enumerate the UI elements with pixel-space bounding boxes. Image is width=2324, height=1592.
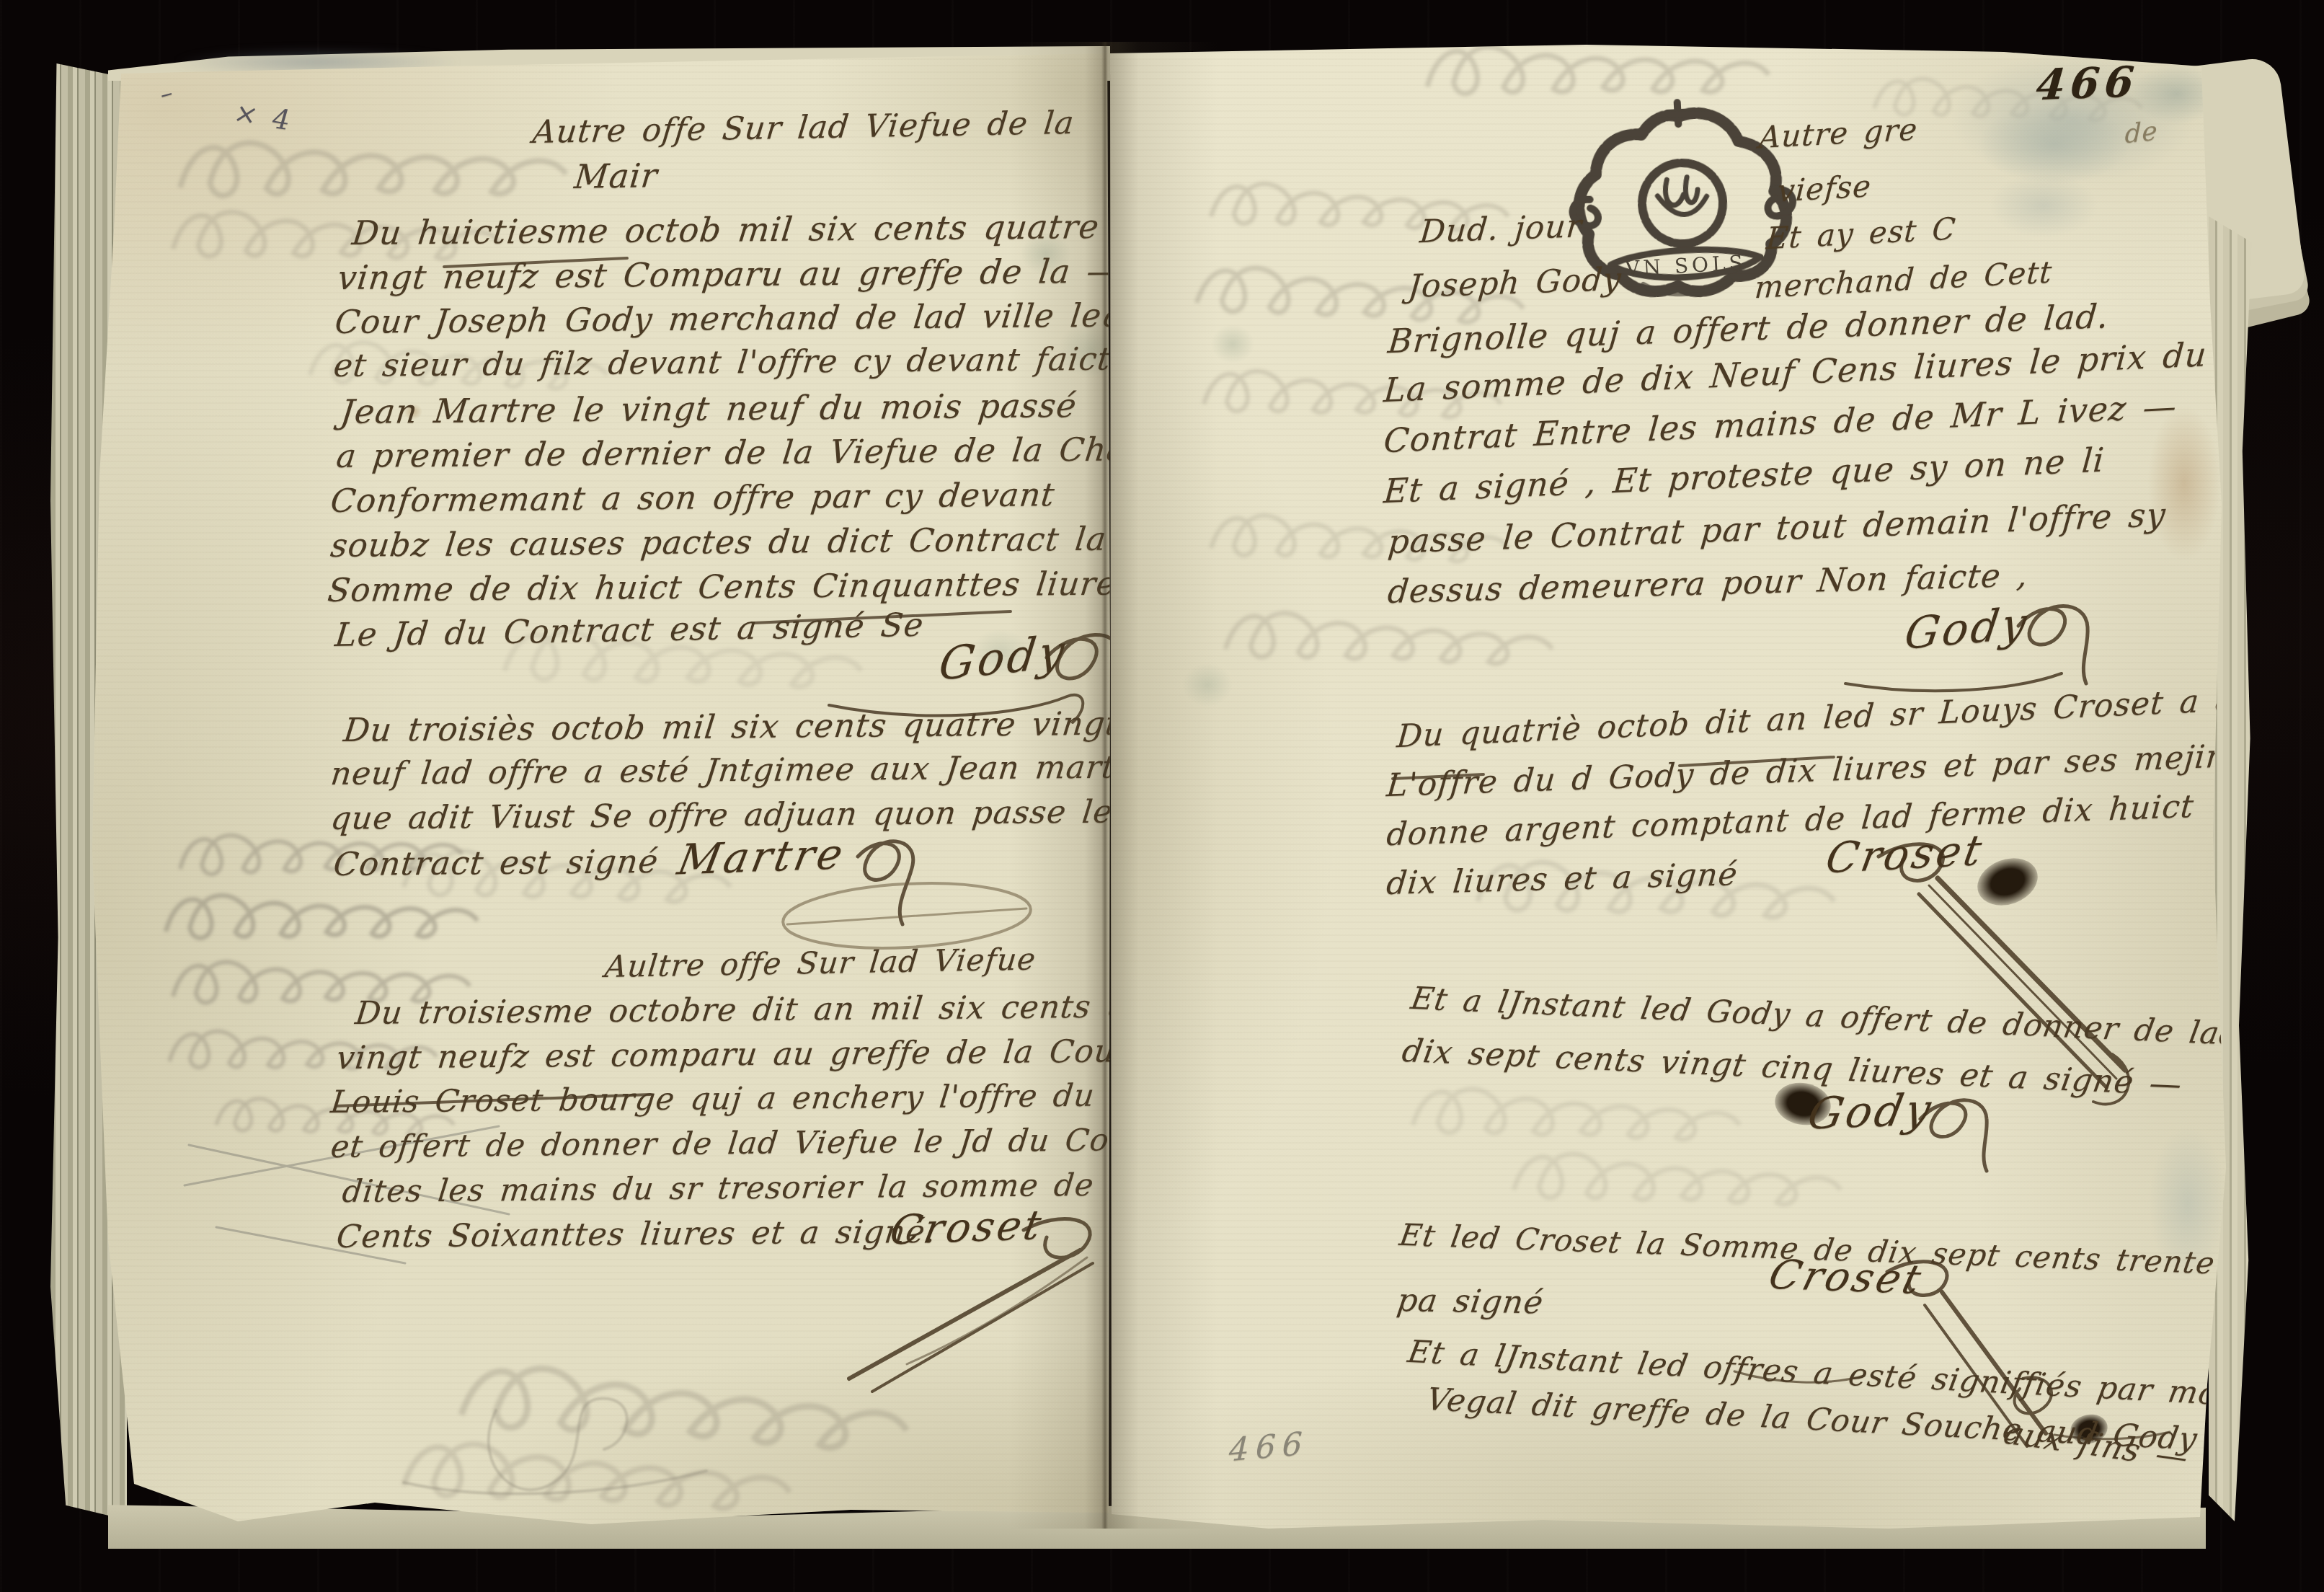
manuscript-line: et sieur du filz devant l'offre cy devan… (332, 340, 1205, 384)
manuscript-line: neuf lad offre a esté Jntgimee aux Jean … (329, 748, 1201, 792)
manuscript-line: que adit Viust Se offre adjuan quon pass… (329, 793, 1163, 837)
manuscript-line: Gody (1902, 598, 2033, 660)
manuscript-line: Et ay est C (1765, 211, 1958, 256)
book-scan: –× 4Autre offe Sur lad Viefue de laMairD… (0, 0, 2324, 1592)
manuscript-line: Croset (886, 1202, 1047, 1255)
manuscript-line: Du troisiès octob mil six cents quatre v… (342, 704, 1171, 749)
manuscript-line: Martre (674, 829, 850, 885)
manuscript-line: Cour Joseph Gody merchand de lad ville l… (333, 296, 1178, 341)
manuscript-line: Dud. jour (1419, 208, 1584, 250)
manuscript-line: a premier de dernier de la Viefue de la … (334, 430, 1189, 475)
manuscript-line: soubz les causes pactes du dict Contract… (329, 519, 1158, 565)
manuscript-line: 466 (1228, 1425, 1309, 1469)
manuscript-line: × 4 (231, 97, 295, 136)
manuscript-line: Somme de dix huict Cents Cinquanttes liu… (326, 564, 1136, 609)
manuscript-line: Gody (936, 624, 1070, 691)
manuscript-line: Conformemant a son offre par cy devant (329, 475, 1057, 520)
manuscript-line: Autre offe Sur lad Viefue de la (531, 105, 1076, 151)
manuscript-line: Cents Soixanttes liures et a signé. (334, 1213, 938, 1255)
manuscript-line: – (159, 77, 175, 110)
manuscript-line: Le Jd du Contract est a signé Se (333, 606, 926, 654)
manuscript-line: de (2124, 116, 2158, 149)
manuscript-line: vingt neufz est Comparu au greffe de la … (336, 252, 1123, 298)
manuscript-line: viefse (1777, 168, 1873, 208)
manuscript-line: Croset (1822, 826, 1988, 883)
manuscript-line: Du troisiesme octobre dit an mil six cen… (353, 988, 1220, 1032)
manuscript-line: Joseph Gody (1407, 261, 1623, 306)
manuscript-line: Aultre offe Sur lad Viefue (603, 942, 1038, 985)
manuscript-line: dessus demeurera pour Non faicte , (1386, 556, 2030, 611)
manuscript-line: vingt neufz est comparu au greffe de la … (334, 1032, 1181, 1076)
manuscript-line: merchand de Cett (1754, 254, 2054, 305)
manuscript-line: 466 (2034, 57, 2141, 110)
manuscript-line: Louis Croset bourge quj a enchery l'offr… (329, 1076, 1232, 1120)
manuscript-line: Gody (1804, 1084, 1938, 1140)
manuscript-line: pa signé (1395, 1282, 1546, 1321)
manuscript-line: Mair (572, 156, 660, 196)
manuscript-line: et offert de donner de lad Viefue le Jd … (329, 1121, 1211, 1165)
manuscript-line: Croset (1764, 1252, 1929, 1304)
manuscript-line: Contract est signé (332, 842, 661, 883)
manuscript-line: Jean Martre le vingt neuf du mois passé (339, 386, 1079, 431)
manuscript-line: Du huictiesme octob mil six cents quatre… (350, 206, 1152, 252)
manuscript-line: Autre gre (1758, 111, 1920, 155)
manuscript-line: dix liures et a signé (1385, 856, 1739, 902)
